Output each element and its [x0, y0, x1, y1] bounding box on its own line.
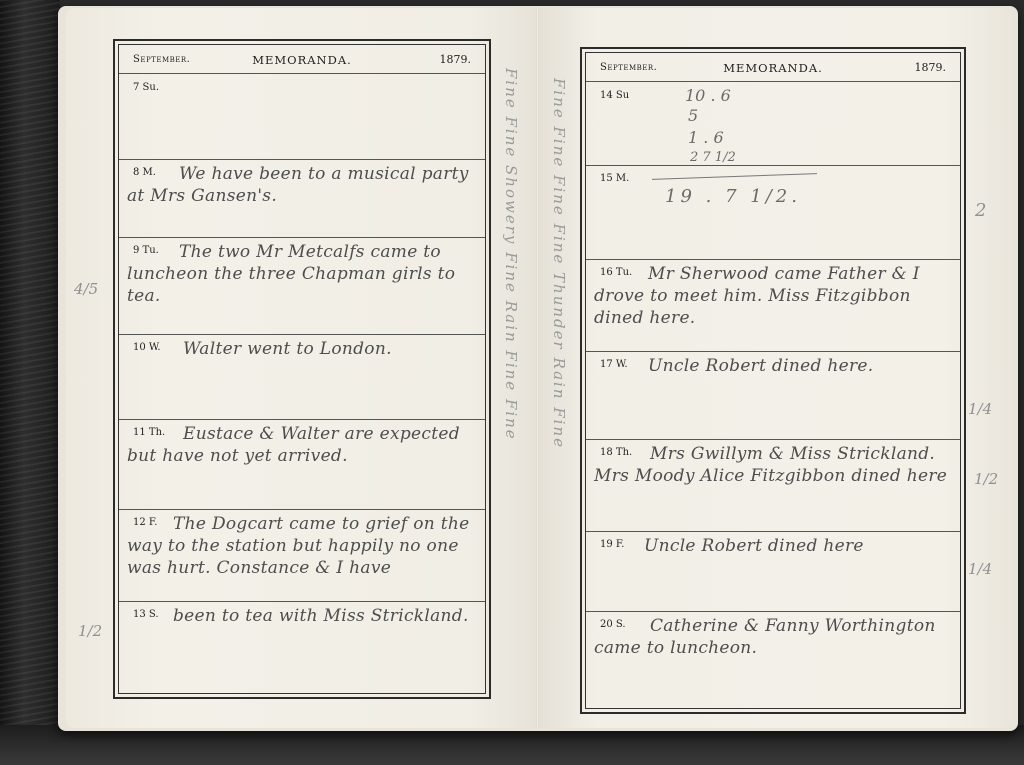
left-memoranda-frame: September. MEMORANDA. 1879. 7 Su. 8 M. W… [118, 44, 486, 694]
day-row-20: 20 S. Catherine & Fanny Worthington came… [586, 611, 960, 708]
day-row-16: 16 Tu. Mr Sherwood came Father & I drove… [586, 259, 960, 352]
diary-entry: Uncle Robert dined here. [594, 355, 954, 377]
diary-entry: Walter went to London. [127, 338, 479, 360]
day-row-7: 7 Su. [119, 74, 485, 160]
gutter-weather-notes-right: Fine Fine Fine Fine Thunder Rain Fine [550, 78, 568, 449]
margin-note-right-2: 1/4 [968, 400, 992, 418]
day-row-14: 14 Su [586, 82, 960, 166]
header-title: MEMORANDA. [586, 61, 960, 75]
margin-note-right-3: 1/2 [974, 470, 998, 488]
day-row-12: 12 F. The Dogcart came to grief on the w… [119, 509, 485, 602]
diary-entry: We have been to a musical party at Mrs G… [127, 163, 479, 207]
sum-line-1: 10 . 6 [685, 86, 731, 105]
header-title: MEMORANDA. [119, 53, 485, 67]
margin-note-left-1: 4/5 [74, 280, 98, 298]
day-row-13: 13 S. been to tea with Miss Strickland. [119, 601, 485, 693]
diary-entry: Eustace & Walter are expected but have n… [127, 423, 479, 467]
diary-entry: Uncle Robert dined here [594, 535, 954, 557]
diary-entry: been to tea with Miss Strickland. [127, 605, 479, 627]
diary-entry: Mr Sherwood came Father & I drove to mee… [594, 263, 954, 329]
day-label: 15 M. [600, 173, 629, 184]
diary-entry: Catherine & Fanny Worthington came to lu… [594, 615, 954, 659]
gutter-fold [536, 8, 539, 728]
day-label: 7 Su. [133, 82, 159, 93]
book-spine [0, 0, 60, 765]
right-page-header: September. MEMORANDA. 1879. [586, 53, 960, 82]
sum-line-3: 1 . 6 [688, 128, 724, 147]
sum-line-2: 5 [688, 106, 698, 125]
gutter-weather-notes-left: Fine Fine Showery Fine Rain Fine Fine [502, 68, 520, 441]
sum-line-4: 2 7 1/2 [690, 150, 736, 165]
diary-entry: The two Mr Metcalfs came to luncheon the… [127, 241, 479, 307]
day-row-9: 9 Tu. The two Mr Metcalfs came to lunche… [119, 237, 485, 335]
header-year: 1879. [915, 61, 947, 74]
diary-entry: Mrs Gwillym & Miss Strickland. Mrs Moody… [594, 443, 954, 487]
day-row-11: 11 Th. Eustace & Walter are expected but… [119, 419, 485, 510]
header-year: 1879. [440, 53, 472, 66]
day-row-17: 17 W. Uncle Robert dined here. [586, 351, 960, 440]
book-cover-bottom [0, 725, 1024, 765]
margin-note-right-4: 1/4 [968, 560, 992, 578]
sum-total: 19 . 7 1/2. [665, 186, 801, 207]
day-row-8: 8 M. We have been to a musical party at … [119, 159, 485, 238]
day-row-15: 15 M. [586, 165, 960, 260]
day-row-10: 10 W. Walter went to London. [119, 334, 485, 420]
day-label: 14 Su [600, 90, 629, 101]
diary-entry: The Dogcart came to grief on the way to … [127, 513, 479, 579]
margin-note-right-1: 2 [975, 200, 986, 221]
right-memoranda-frame: September. MEMORANDA. 1879. 14 Su 15 M. … [585, 52, 961, 709]
left-page-header: September. MEMORANDA. 1879. [119, 45, 485, 74]
day-row-19: 19 F. Uncle Robert dined here [586, 531, 960, 612]
day-row-18: 18 Th. Mrs Gwillym & Miss Strickland. Mr… [586, 439, 960, 532]
margin-note-left-2: 1/2 [78, 622, 102, 640]
